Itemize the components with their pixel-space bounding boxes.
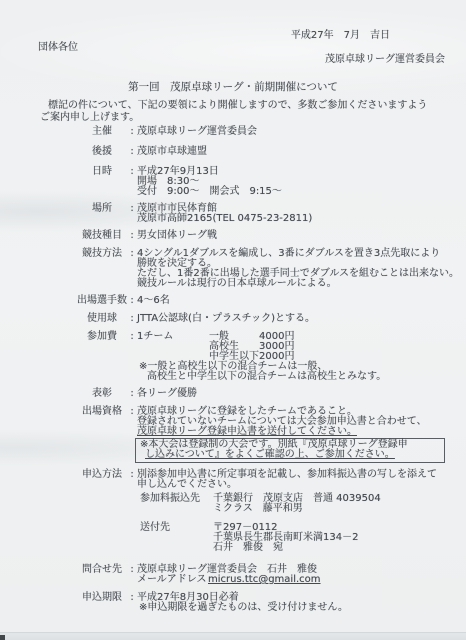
section-label: 申込期限 bbox=[76, 593, 128, 603]
section-award: 表彰 : 各リーグ優勝 bbox=[0, 389, 466, 399]
colon: : bbox=[128, 127, 136, 137]
fee-unit: 1チーム bbox=[137, 332, 209, 342]
section-fee: 参加費 : 1チーム一般4000円 高校生3000円 中学生以下2000円 ※一… bbox=[0, 332, 466, 382]
intro-line: 標記の件について、下記の要領により開催しますので、多数ご参加くださいますよう bbox=[40, 101, 440, 111]
issuing-organization: 茂原卓球リーグ運営委員会 bbox=[325, 55, 445, 65]
colon: : bbox=[128, 167, 136, 177]
addressee: 団体各位 bbox=[38, 43, 78, 53]
colon: : bbox=[128, 314, 136, 324]
email-label: メールアドレス bbox=[137, 575, 208, 585]
section-sponsor: 主催 : 茂原卓球リーグ運営委員会 bbox=[0, 127, 466, 137]
section-contact: 問合せ先 : 茂原卓球リーグ運営委員会 石井 雅俊 メールアドレス micrus… bbox=[0, 565, 466, 585]
colon: : bbox=[128, 147, 136, 157]
method-line: 競技ルールは現行の日本卓球ルールによる。 bbox=[137, 279, 466, 289]
colon: : bbox=[128, 389, 136, 399]
email-address: micrus.ttc@gmail.com bbox=[208, 575, 321, 585]
award-value: 各リーグ優勝 bbox=[137, 389, 466, 399]
section-label: 場所 bbox=[76, 204, 128, 214]
scan-edge-shadow bbox=[0, 633, 466, 640]
section-deadline: 申込期限 : 平成27年8月30日必着 ※申込期限を過ぎたものは、受け付けません… bbox=[0, 593, 466, 613]
section-venue: 場所 : 茂原市市民体育館 茂原市高師2165(TEL 0475-23-2811… bbox=[0, 204, 466, 224]
section-label: 問合せ先 bbox=[76, 565, 128, 575]
section-label: 日時 bbox=[76, 167, 128, 177]
section-label: 参加費 bbox=[76, 332, 128, 342]
bank-account-holder: ミクラス 藤平和男 bbox=[213, 504, 466, 514]
venue-address: 茂原市高師2165(TEL 0475-23-2811) bbox=[137, 214, 466, 224]
section-event-type: 競技種目 : 男女団体リーグ戦 bbox=[0, 231, 466, 241]
email-block: メールアドレス micrus.ttc@gmail.com bbox=[137, 575, 466, 585]
fee-note: 高校生と中学生以下の混合チームは高校生とみなす。 bbox=[137, 372, 466, 382]
fee-row: 1チーム一般4000円 bbox=[137, 332, 466, 342]
colon: : bbox=[128, 332, 136, 342]
section-label: 競技方法 bbox=[76, 249, 128, 259]
page-title: 第一回 茂原卓球リーグ・前期開催について bbox=[0, 82, 466, 92]
colon: : bbox=[128, 407, 136, 417]
application-line: 申し込んでください。 bbox=[137, 480, 466, 490]
section-label: 後援 bbox=[76, 147, 128, 157]
support-value: 茂原市卓球連盟 bbox=[137, 147, 466, 157]
deadline-note: ※申込期限を過ぎたものは、受け付けません。 bbox=[137, 603, 466, 613]
eligibility-line-underlined: 茂原卓球リーグ登録申込書を送付してください。 bbox=[137, 427, 466, 437]
event-type-value: 男女団体リーグ戦 bbox=[137, 231, 466, 241]
section-ball: 使用球 : JTTA公認球(白・プラスチック)とする。 bbox=[0, 314, 466, 324]
section-datetime: 日時 : 平成27年9月13日 開場 8:30～ 受付 9:00～ 開会式 9:… bbox=[0, 167, 466, 197]
bank-transfer-block: 参加料振込先 千葉銀行 茂原支店 普通 4039504 ミクラス 藤平和男 bbox=[137, 494, 466, 514]
intro-line: ご案内申し上げます。 bbox=[40, 113, 440, 123]
colon: : bbox=[128, 204, 136, 214]
scan-corner-artifact bbox=[0, 635, 5, 640]
colon: : bbox=[128, 565, 136, 575]
ball-value: JTTA公認球(白・プラスチック)とする。 bbox=[137, 314, 466, 324]
section-label: 出場選手数 bbox=[76, 296, 128, 306]
section-application: 申込方法 : 別添参加申込書に所定事項を記載し、参加料振込書の写しを添えて 申し… bbox=[0, 470, 466, 553]
colon: : bbox=[128, 593, 136, 603]
colon: : bbox=[128, 249, 136, 259]
section-method: 競技方法 : 4シングル1ダブルスを編成し、3番にダブルスを置き3点先取により … bbox=[0, 249, 466, 289]
sponsor-value: 茂原卓球リーグ運営委員会 bbox=[137, 127, 466, 137]
colon: : bbox=[128, 296, 136, 306]
section-players: 出場選手数 : 4～6名 bbox=[0, 296, 466, 306]
section-label: 主催 bbox=[76, 127, 128, 137]
mailing-recipient: 石井 雅俊 宛 bbox=[213, 543, 466, 553]
scanned-document-page: { "colon": ":", "header": { "date": "平成2… bbox=[0, 0, 466, 640]
reception-time: 受付 9:00～ 開会式 9:15～ bbox=[137, 187, 466, 197]
intro-paragraph: 標記の件について、下記の要領により開催しますので、多数ご参加くださいますよう ご… bbox=[40, 101, 440, 125]
section-label: 競技種目 bbox=[76, 231, 128, 241]
bank-transfer-label: 参加料振込先 bbox=[140, 494, 213, 504]
mailing-block: 送付先 〒297－0112 千葉県長生郡長南町米満134－2 石井 雅俊 宛 bbox=[137, 523, 466, 553]
registration-notice-box: ※本大会は登録制の大会です。別紙『茂原卓球リーグ登録申 し込みについて』をよくご… bbox=[135, 438, 445, 463]
section-label: 表彰 bbox=[76, 389, 128, 399]
colon: : bbox=[128, 470, 136, 480]
section-label: 出場資格 bbox=[76, 407, 128, 417]
section-eligibility: 出場資格 : 茂原卓球リーグに登録をしたチームであること。 登録されていないチー… bbox=[0, 407, 466, 463]
section-support: 後援 : 茂原市卓球連盟 bbox=[0, 147, 466, 157]
section-label: 申込方法 bbox=[76, 470, 128, 480]
section-label: 使用球 bbox=[76, 314, 128, 324]
colon: : bbox=[128, 231, 136, 241]
players-value: 4～6名 bbox=[137, 296, 466, 306]
mailing-label: 送付先 bbox=[140, 523, 213, 533]
detail-sections: 主催 : 茂原卓球リーグ運営委員会 後援 : 茂原市卓球連盟 日時 : 平成27… bbox=[0, 127, 466, 621]
fee-row: 高校生3000円 bbox=[137, 342, 466, 352]
document-date: 平成27年 7月 吉日 bbox=[291, 31, 390, 41]
boxed-note-line: し込みについて』をよくご確認の上、ご参加ください。 bbox=[140, 450, 440, 460]
